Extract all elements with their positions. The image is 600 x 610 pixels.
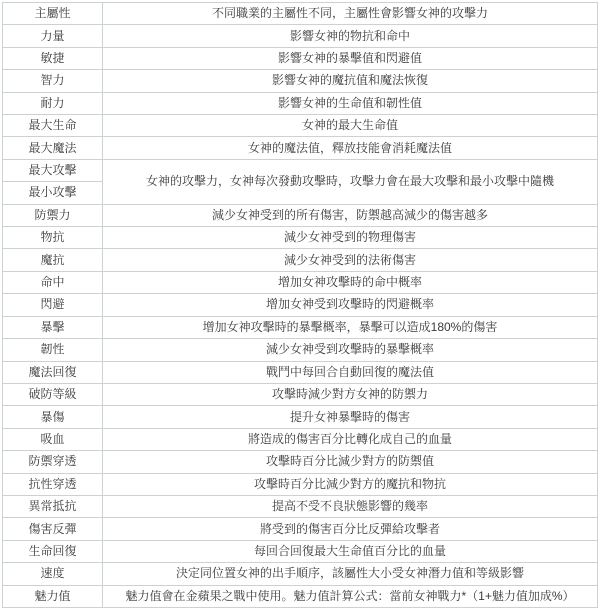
attribute-name-cell: 魔抗 — [3, 249, 103, 271]
table-row: 閃避增加女神受到攻擊時的閃避概率 — [3, 294, 598, 316]
attribute-desc-cell: 影響女神的生命值和韌性值 — [103, 92, 598, 114]
attribute-desc-cell: 魅力值會在金蘋果之戰中使用。魅力值計算公式：當前女神戰力*（1+魅力值加成%） — [103, 585, 598, 607]
attribute-desc-cell: 減少女神受到的所有傷害，防禦越高減少的傷害越多 — [103, 204, 598, 226]
attribute-name-cell: 破防等級 — [3, 383, 103, 405]
attribute-name-cell: 最小攻擊 — [3, 182, 103, 204]
attribute-desc-cell: 影響女神的魔抗值和魔法恢復 — [103, 70, 598, 92]
attribute-desc-cell: 影響女神的暴擊值和閃避值 — [103, 47, 598, 69]
attribute-name-cell: 魔法回復 — [3, 361, 103, 383]
attribute-name-cell: 命中 — [3, 271, 103, 293]
table-row: 最大魔法女神的魔法值，釋放技能會消耗魔法值 — [3, 137, 598, 159]
attribute-desc-cell: 影響女神的物抗和命中 — [103, 25, 598, 47]
attribute-desc-cell: 女神的魔法值，釋放技能會消耗魔法值 — [103, 137, 598, 159]
attribute-desc-cell: 戰鬥中每回合自動回復的魔法值 — [103, 361, 598, 383]
attribute-name-cell: 閃避 — [3, 294, 103, 316]
table-row: 防禦力減少女神受到的所有傷害，防禦越高減少的傷害越多 — [3, 204, 598, 226]
attribute-name-cell: 韌性 — [3, 339, 103, 361]
attribute-desc-cell: 減少女神受到攻擊時的暴擊概率 — [103, 339, 598, 361]
attribute-name-cell: 魅力值 — [3, 585, 103, 607]
table-row: 魅力值魅力值會在金蘋果之戰中使用。魅力值計算公式：當前女神戰力*（1+魅力值加成… — [3, 585, 598, 607]
table-row: 智力影響女神的魔抗值和魔法恢復 — [3, 70, 598, 92]
attribute-desc-cell: 將造成的傷害百分比轉化成自己的血量 — [103, 428, 598, 450]
attribute-desc-cell: 決定同位置女神的出手順序，該屬性大小受女神潛力值和等級影響 — [103, 563, 598, 585]
table-row: 異常抵抗提高不受不良狀態影響的幾率 — [3, 495, 598, 517]
table-row: 韌性減少女神受到攻擊時的暴擊概率 — [3, 339, 598, 361]
table-row: 傷害反彈將受到的傷害百分比反彈給攻擊者 — [3, 518, 598, 540]
attribute-name-cell: 傷害反彈 — [3, 518, 103, 540]
table-row: 速度決定同位置女神的出手順序，該屬性大小受女神潛力值和等級影響 — [3, 563, 598, 585]
table-row: 物抗減少女神受到的物理傷害 — [3, 227, 598, 249]
attribute-name-cell: 暴擊 — [3, 316, 103, 338]
attribute-name-cell: 防禦穿透 — [3, 451, 103, 473]
table-row: 命中增加女神攻擊時的命中概率 — [3, 271, 598, 293]
attribute-name-cell: 吸血 — [3, 428, 103, 450]
attribute-desc-cell: 將受到的傷害百分比反彈給攻擊者 — [103, 518, 598, 540]
attribute-name-cell: 防禦力 — [3, 204, 103, 226]
attribute-name-cell: 最大魔法 — [3, 137, 103, 159]
attribute-desc-cell: 每回合回復最大生命值百分比的血量 — [103, 540, 598, 562]
attribute-desc-cell: 增加女神攻擊時的暴擊概率，暴擊可以造成180%的傷害 — [103, 316, 598, 338]
table-row: 最大生命女神的最大生命值 — [3, 115, 598, 137]
attribute-name-cell: 主屬性 — [3, 3, 103, 25]
attribute-desc-cell: 女神的最大生命值 — [103, 115, 598, 137]
table-row: 生命回復每回合回復最大生命值百分比的血量 — [3, 540, 598, 562]
attribute-desc-cell: 攻擊時百分比減少對方的魔抗和物抗 — [103, 473, 598, 495]
table-row: 魔法回復戰鬥中每回合自動回復的魔法值 — [3, 361, 598, 383]
table-row: 主屬性不同職業的主屬性不同，主屬性會影響女神的攻擊力 — [3, 3, 598, 25]
table-row: 敏捷影響女神的暴擊值和閃避值 — [3, 47, 598, 69]
table-row: 耐力影響女神的生命值和韌性值 — [3, 92, 598, 114]
attribute-desc-cell: 攻擊時百分比減少對方的防禦值 — [103, 451, 598, 473]
table-row: 防禦穿透攻擊時百分比減少對方的防禦值 — [3, 451, 598, 473]
table-row: 力量影響女神的物抗和命中 — [3, 25, 598, 47]
table-row: 破防等級攻擊時減少對方女神的防禦力 — [3, 383, 598, 405]
attribute-name-cell: 最大攻擊 — [3, 159, 103, 181]
attribute-desc-cell: 增加女神受到攻擊時的閃避概率 — [103, 294, 598, 316]
attribute-desc-cell: 攻擊時減少對方女神的防禦力 — [103, 383, 598, 405]
attribute-name-cell: 生命回復 — [3, 540, 103, 562]
attributes-table-body: 主屬性不同職業的主屬性不同，主屬性會影響女神的攻擊力力量影響女神的物抗和命中敏捷… — [3, 3, 598, 608]
attribute-name-cell: 力量 — [3, 25, 103, 47]
attribute-name-cell: 最大生命 — [3, 115, 103, 137]
attribute-desc-cell: 減少女神受到的法術傷害 — [103, 249, 598, 271]
attribute-desc-cell: 增加女神攻擊時的命中概率 — [103, 271, 598, 293]
attribute-name-cell: 抗性穿透 — [3, 473, 103, 495]
table-row: 抗性穿透攻擊時百分比減少對方的魔抗和物抗 — [3, 473, 598, 495]
table-row: 暴傷提升女神暴擊時的傷害 — [3, 406, 598, 428]
attribute-name-cell: 耐力 — [3, 92, 103, 114]
attribute-name-cell: 異常抵抗 — [3, 495, 103, 517]
table-row: 魔抗減少女神受到的法術傷害 — [3, 249, 598, 271]
attributes-table: 主屬性不同職業的主屬性不同，主屬性會影響女神的攻擊力力量影響女神的物抗和命中敏捷… — [2, 2, 598, 608]
attribute-name-cell: 物抗 — [3, 227, 103, 249]
attribute-name-cell: 敏捷 — [3, 47, 103, 69]
attribute-desc-cell: 提高不受不良狀態影響的幾率 — [103, 495, 598, 517]
attribute-desc-cell: 女神的攻擊力，女神每次發動攻擊時，攻擊力會在最大攻擊和最小攻擊中隨機 — [103, 159, 598, 204]
attribute-name-cell: 智力 — [3, 70, 103, 92]
table-row: 吸血將造成的傷害百分比轉化成自己的血量 — [3, 428, 598, 450]
attribute-desc-cell: 不同職業的主屬性不同，主屬性會影響女神的攻擊力 — [103, 3, 598, 25]
attribute-desc-cell: 提升女神暴擊時的傷害 — [103, 406, 598, 428]
attribute-name-cell: 暴傷 — [3, 406, 103, 428]
attribute-name-cell: 速度 — [3, 563, 103, 585]
table-row: 最大攻擊女神的攻擊力，女神每次發動攻擊時，攻擊力會在最大攻擊和最小攻擊中隨機 — [3, 159, 598, 181]
attribute-desc-cell: 減少女神受到的物理傷害 — [103, 227, 598, 249]
table-row: 暴擊增加女神攻擊時的暴擊概率，暴擊可以造成180%的傷害 — [3, 316, 598, 338]
